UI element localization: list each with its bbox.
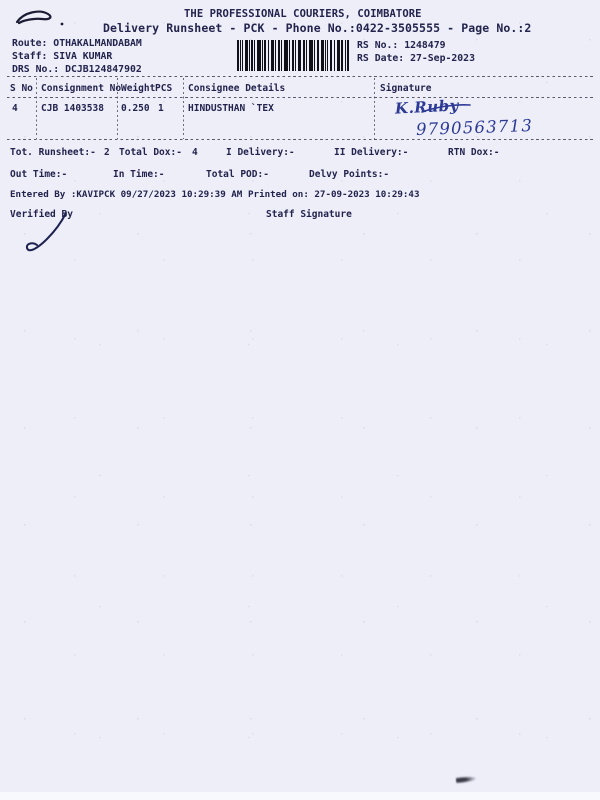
column-header-pcs: PCS [155,83,172,94]
verified-by-signature [24,211,74,257]
scan-edge [0,792,600,800]
ii-delivery-label: II Delivery:- [334,147,408,158]
column-header-signature: Signature [380,83,431,94]
dashed-separator-top [7,76,593,78]
route-value: OTHAKALMANDABAM [53,38,141,49]
cell-consignment: CJB 1403538 [41,103,104,114]
rs-no-value: 1248479 [404,40,445,51]
rtn-dox-label: RTN Dox:- [448,147,499,158]
route-line: Route: OTHAKALMANDABAM [12,38,142,49]
tot-runsheet-value: 2 [104,147,110,158]
rs-no-line: RS No.: 1248479 [357,40,446,51]
total-pod-label: Total POD:- [206,169,269,180]
signature-phone-number: 9790563713 [416,116,534,139]
staff-signature-label: Staff Signature [266,209,352,220]
column-header-consignment: Consignment No [41,83,121,94]
staff-line: Staff: SIVA KUMAR [12,51,112,62]
drs-no-value: DCJB124847902 [65,64,142,75]
entered-by-line: Entered By :KAVIPCK 09/27/2023 10:29:39 … [10,189,242,200]
pen-scribble-mark [14,7,66,29]
signature-flourish [420,98,472,116]
rs-date-label: RS Date: [357,53,404,64]
column-divider [374,78,375,139]
staff-value: SIVA KUMAR [53,51,112,62]
total-dox-value: 4 [192,147,198,158]
total-dox-label: Total Dox:- [119,147,182,158]
scan-smudge [456,775,477,784]
document-title: THE PROFESSIONAL COURIERS, COIMBATORE [184,8,422,20]
rs-no-label: RS No.: [357,40,398,51]
printed-on-line: Printed on: 27-09-2023 10:29:43 [248,189,419,200]
barcode [237,40,350,71]
route-label: Route: [12,38,47,49]
drs-no-line: DRS No.: DCJB124847902 [12,64,142,75]
out-time-label: Out Time:- [10,169,67,180]
delvy-points-label: Delvy Points:- [309,169,389,180]
in-time-label: In Time:- [113,169,164,180]
i-delivery-label: I Delivery:- [226,147,295,158]
rs-date-line: RS Date: 27-Sep-2023 [357,53,475,64]
column-header-sno: S No [10,83,33,94]
scanned-runsheet-page: THE PROFESSIONAL COURIERS, COIMBATORE De… [0,0,600,800]
column-header-consignee: Consignee Details [188,83,285,94]
cell-weight: 0.250 [121,103,150,114]
dashed-separator-rowend [7,139,593,141]
document-subtitle: Delivery Runsheet - PCK - Phone No.:0422… [103,21,531,35]
cell-consignee: HINDUSTHAN `TEX [188,103,274,114]
dashed-separator-header [7,97,593,99]
tot-runsheet-label: Tot. Runsheet:- [10,147,96,158]
column-divider [183,78,184,139]
cell-pcs: 1 [158,103,164,114]
drs-no-label: DRS No.: [12,64,59,75]
staff-label: Staff: [12,51,47,62]
column-divider [36,78,37,139]
cell-sno: 4 [12,103,18,114]
column-header-weight: Weight [121,83,155,94]
rs-date-value: 27-Sep-2023 [410,53,475,64]
